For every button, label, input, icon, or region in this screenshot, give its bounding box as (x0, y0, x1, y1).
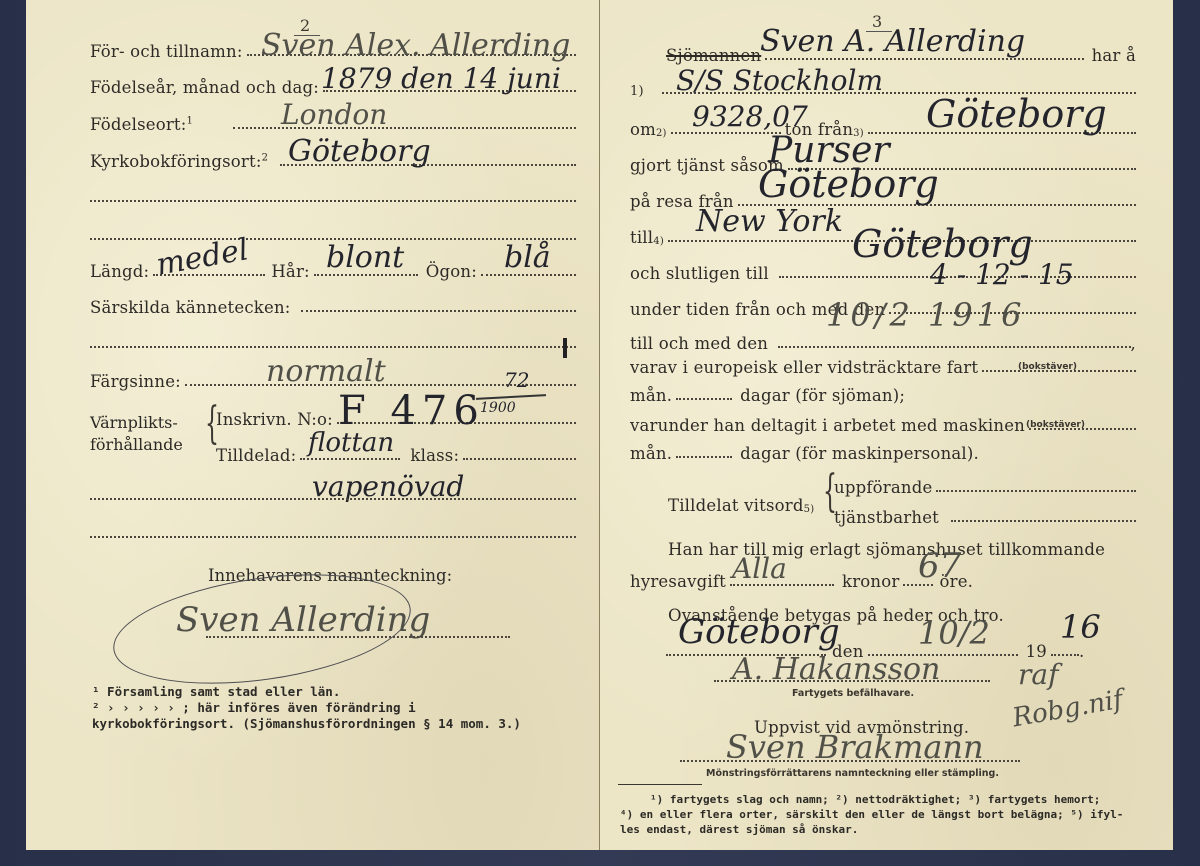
marks-label: Särskilda kännetecken: (90, 298, 291, 317)
captain-label: Fartygets befälhavare. (792, 688, 914, 699)
color-sense-label: Färgsinne: (90, 372, 181, 391)
officer-label: Mönstringsförrättarens namnteckning elle… (706, 768, 999, 779)
signature-line (206, 636, 510, 638)
captain-line (714, 680, 990, 682)
to-date-field: till och med den, (630, 334, 1136, 353)
name-label: För- och tillnamn: (90, 42, 243, 61)
fraction-bar (476, 394, 546, 400)
captain-suffix: raf (1018, 658, 1058, 691)
blank-line (90, 346, 576, 348)
finally-to-label: och slutligen till (630, 264, 769, 283)
grade-label: Tilldelat vitsord5) (668, 496, 814, 515)
machine-label: varunder han deltagit i arbetet med mask… (630, 416, 1025, 435)
right-page: 3 Sjömannen har å Sven A. Allerding 1) S… (600, 0, 1173, 850)
ship-marker: 1) (630, 84, 644, 99)
ore-value: 67 (918, 546, 961, 586)
birth-place-value: London (281, 98, 387, 131)
assigned-label: Tilldelad: (216, 446, 296, 465)
eyes-value: blå (504, 240, 551, 275)
ink-mark (563, 338, 567, 358)
signature-value: Sven Allerding (176, 600, 430, 640)
hair-value: blont (326, 240, 404, 275)
voyage-to-label: till (630, 228, 653, 247)
parish-label: Kyrkobokföringsort:2 (90, 152, 268, 171)
seaman-label: Sjömannen (666, 46, 761, 65)
footnote-2: ² › › › › › ; här införes även förändrin… (92, 700, 416, 716)
letters-hint: (bokstäver) (1018, 362, 1077, 372)
assigned-value: flottan (308, 428, 394, 458)
footnote-2: ⁴) en eller flera orter, särskilt den el… (620, 807, 1123, 822)
footnote-3: kyrkobokföringsort. (Sjömanshusförordnin… (92, 716, 521, 732)
months-machine-field: mån.dagar (för maskinpersonal). (630, 444, 979, 463)
color-sense-value: normalt (266, 354, 386, 389)
captain-extra: Robg.nif (1010, 685, 1125, 734)
months-seaman-field: mån.dagar (för sjöman); (630, 386, 905, 405)
registration-fraction-bottom: 1900 (480, 400, 516, 416)
blank-line (90, 536, 576, 538)
birth-date-label: Födelseår, månad och dag: (90, 78, 319, 97)
assigned-field: Tilldelad: klass: (216, 446, 576, 465)
seaman-value: Sven A. Allerding (760, 24, 1025, 59)
height-label: Längd: (90, 262, 149, 281)
voyage-to-value: New York (696, 204, 843, 239)
name-value: Sven Alex. Allerding (261, 28, 570, 63)
conduct-field: uppförande (834, 478, 1136, 497)
registration-label: Inskrivn. N:o: (216, 410, 333, 429)
parish-value: Göteborg (288, 134, 431, 169)
footnote-1: ¹) fartygets slag och namn; ²) nettodräk… (650, 792, 1100, 807)
footnote-3: les endast, därest sjöman så önskar. (620, 822, 858, 837)
class-label: klass: (410, 446, 459, 465)
date-value: 10/2 (918, 614, 990, 652)
letters-hint: (bokstäver) (1026, 420, 1085, 430)
place-value: Göteborg (678, 612, 840, 652)
footnote-1: ¹ Församling samt stad eller län. (92, 684, 340, 700)
officer-line (680, 760, 1020, 762)
to-date-value: 10/2 1916 (826, 296, 1025, 334)
from-date-value: 4 - 12 - 15 (930, 258, 1074, 291)
marks-field: Särskilda kännetecken: (90, 298, 576, 317)
european-label: varav i europeisk eller vidsträcktare fa… (630, 358, 978, 377)
blank-line (90, 200, 576, 202)
ship-value: S/S Stockholm (676, 64, 883, 97)
blank-line (90, 498, 576, 500)
year-value: 16 (1060, 608, 1101, 646)
service-grade-field: tjänstbarhet (834, 508, 1136, 527)
home-port-value: Göteborg (926, 92, 1107, 136)
hair-label: Hår: (271, 262, 309, 281)
seaman-suffix: har å (1092, 46, 1136, 65)
birth-date-value: 1879 den 14 juni (321, 62, 561, 95)
registration-fraction-top: 72 (504, 368, 529, 392)
left-page: 2 För- och tillnamn: Sven Alex. Allerdin… (26, 0, 599, 850)
to-date-label: till och med den (630, 334, 768, 353)
voyage-from-value: Göteborg (758, 162, 939, 206)
divider (618, 784, 702, 785)
eyes-label: Ögon: (426, 262, 477, 281)
kronor-value: Alla (732, 552, 787, 585)
tonnage-value: 9328,07 (692, 100, 808, 133)
conscription-label: Värnplikts- förhållande (90, 412, 183, 456)
tonnage-prefix: om (630, 120, 656, 139)
birth-place-label: Födelseort:1 (90, 115, 193, 134)
